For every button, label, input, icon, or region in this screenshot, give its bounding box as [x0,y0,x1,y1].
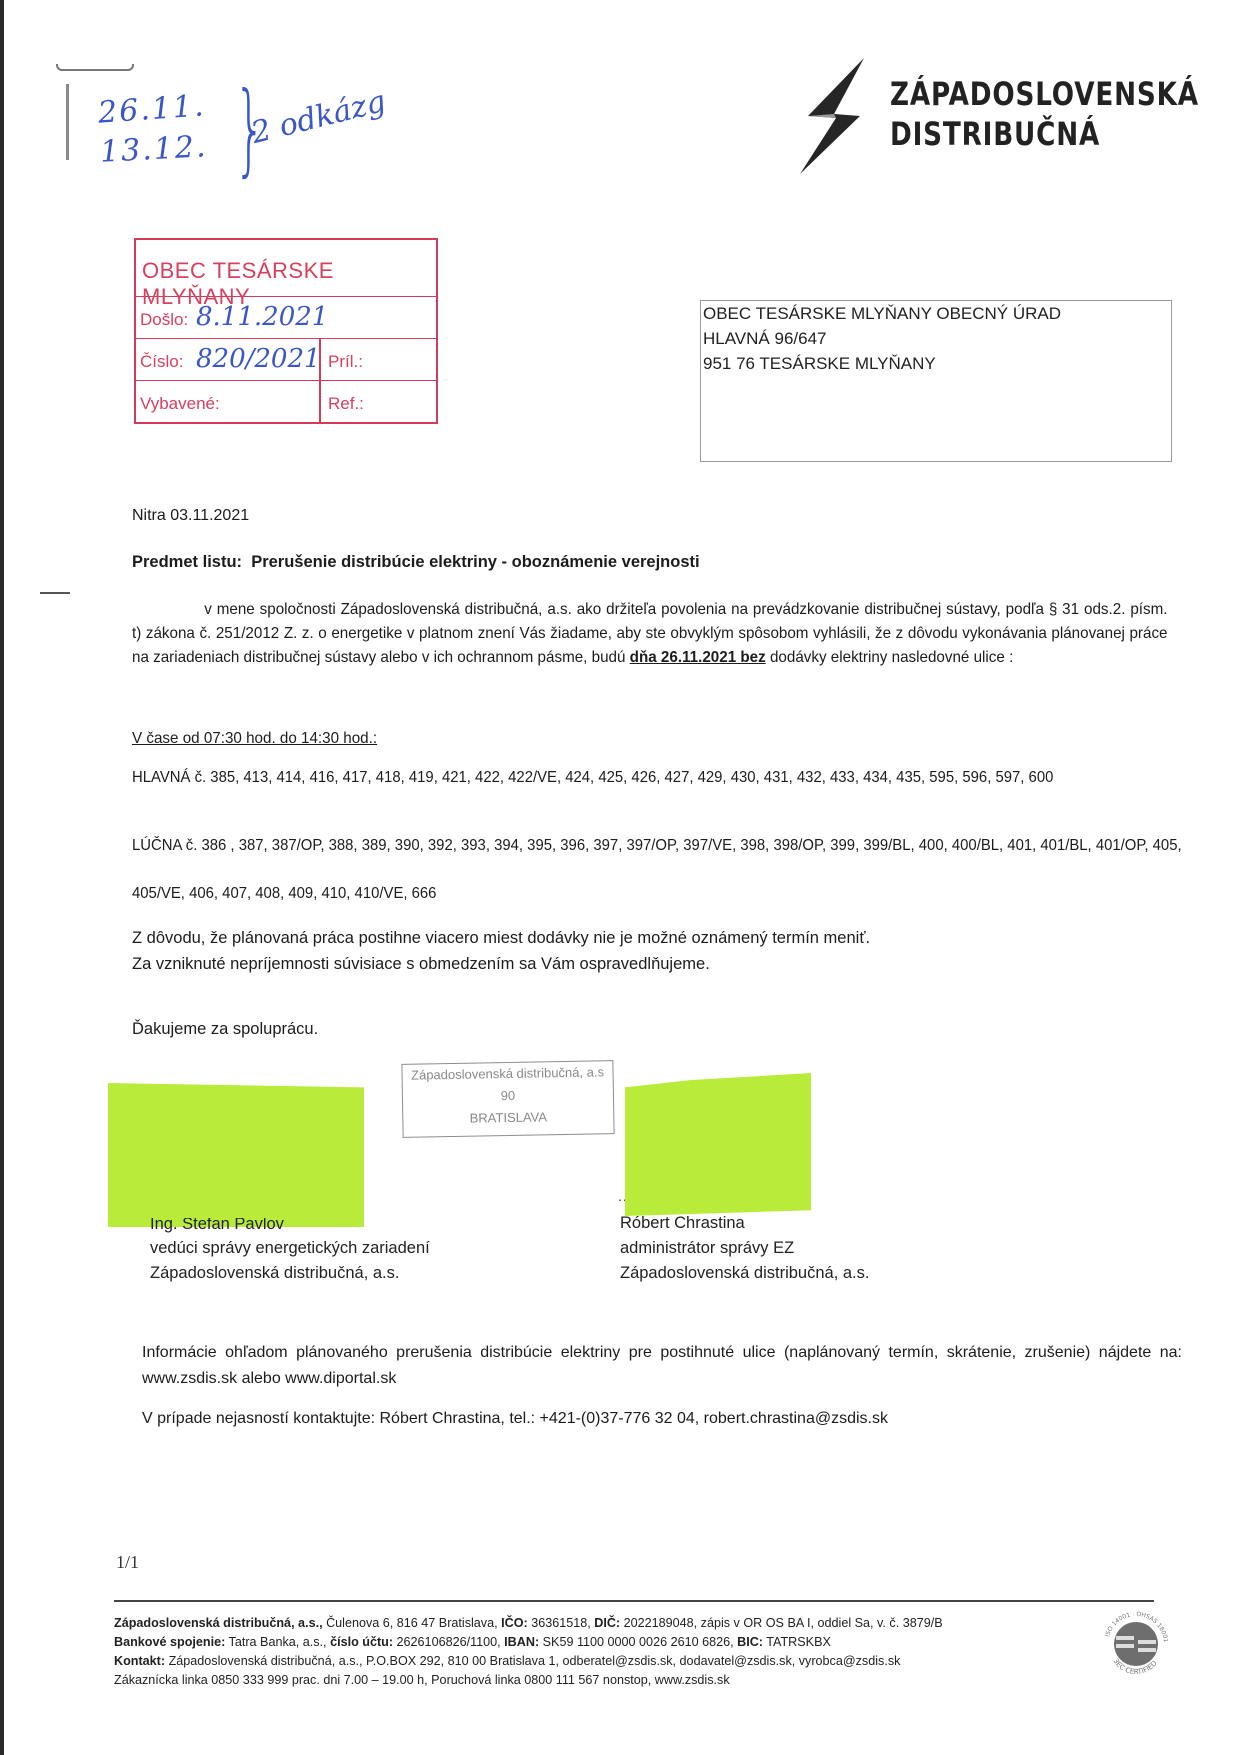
company-stamp-line-3: BRATISLAVA [403,1105,613,1131]
staple-mark [56,64,134,71]
subject-text: Prerušenie distribúcie elektriny - obozn… [251,553,699,571]
recipient-line-3: 951 76 TESÁRSKE MLYŇANY [701,351,1171,376]
subject-line: Predmet listu: Prerušenie distribúcie el… [132,553,700,572]
signatory-1: Ing. Štefan Pavlov vedúci správy energet… [150,1218,430,1286]
closing-line-1: Z dôvodu, že plánovaná práca postihne vi… [132,925,870,951]
footer-line-2: Bankové spojenie: Tatra Banka, a.s., čís… [114,1633,943,1652]
company-stamp-line-1: Západoslovenská distribučná, a.s [402,1061,612,1087]
main-paragraph: v mene spoločnosti Západoslovenská distr… [132,598,1168,670]
signatory-2-name: Róbert Chrastina [620,1211,869,1236]
handwritten-date-1: 26.11. [97,88,207,130]
footer: Západoslovenská distribučná, a.s., Čulen… [114,1614,943,1690]
main-paragraph-end: dodávky elektriny nasledovné ulice : [770,649,1013,666]
stamp-attachments-label: Príl.: [328,352,363,372]
page-number: 1/1 [116,1552,139,1573]
closing-text: Z dôvodu, že plánovaná práca postihne vi… [132,925,870,977]
outage-time-window: V čase od 07:30 hod. do 14:30 hod.: [132,730,377,748]
closing-line-2: Za vzniknuté nepríjemnosti súvisiace s o… [132,951,870,977]
outage-date: dňa 26.11.2021 bez [630,649,766,666]
recipient-line-2: HLAVNÁ 96/647 [701,326,1171,351]
stamp-received-value: 8.11.2021 [196,302,328,332]
thanks-line: Ďakujeme za spoluprácu. [132,1020,318,1039]
certification-badge-icon: ISO 14001 · OHSAS 18001 3EC CERTIFIED [1100,1608,1172,1680]
street-numbers: 385, 413, 414, 416, 417, 418, 419, 421, … [210,769,1053,786]
stamp-number-value: 820/2021 [196,344,321,374]
signatory-1-company: Západoslovenská distribučná, a.s. [150,1261,430,1286]
street-name: LÚČNA č. [132,837,197,854]
stamp-received-label: Došlo: [140,310,188,330]
signatory-2: Róbert Chrastina administrátor správy EZ… [620,1211,869,1286]
company-stamp: Západoslovenská distribučná, a.s 90 BRAT… [401,1060,614,1138]
redaction-sticky-note-left [108,1083,364,1227]
stamp-handled-label: Vybavené: [140,394,220,414]
logo-line-1: ZÁPADOSLOVENSKÁ [890,74,1199,114]
street-list-item: LÚČNA č. 386 , 387, 387/OP, 388, 389, 39… [132,822,1192,918]
registry-stamp: OBEC TESÁRSKE MLYŇANY Došlo: 8.11.2021 Č… [134,238,438,424]
logo-line-2: DISTRIBUČNÁ [890,114,1199,154]
handwritten-date-2: 13.12. [99,129,208,170]
footer-divider [114,1600,1154,1602]
stamp-ref-label: Ref.: [328,394,364,414]
recipient-address-box: OBEC TESÁRSKE MLYŇANY OBECNÝ ÚRAD HLAVNÁ… [700,300,1172,462]
stamp-number-label: Číslo: [140,352,183,372]
street-numbers: 386 , 387, 387/OP, 388, 389, 390, 392, 3… [132,837,1182,902]
signatory-2-role: administrátor správy EZ [620,1236,869,1261]
subject-label: Predmet listu: [132,553,242,571]
signatory-1-name: Ing. Štefan Pavlov [150,1218,430,1236]
place-date: Nitra 03.11.2021 [132,507,249,525]
info-paragraph: Informácie ohľadom plánovaného prerušeni… [142,1340,1182,1392]
contact-line: V prípade nejasností kontaktujte: Róbert… [142,1410,888,1428]
company-logo: ZÁPADOSLOVENSKÁ DISTRIBUČNÁ [800,56,1200,176]
handwritten-note: 2 odkázg [248,84,389,151]
redaction-sticky-note-right [625,1073,811,1216]
footer-line-1: Západoslovenská distribučná, a.s., Čulen… [114,1614,943,1633]
footer-line-3: Kontakt: Západoslovenská distribučná, a.… [114,1652,943,1671]
scan-edge [0,0,4,1755]
street-name: HLAVNÁ č. [132,769,206,786]
recipient-line-1: OBEC TESÁRSKE MLYŇANY OBECNÝ ÚRAD [701,301,1171,326]
street-list-item: HLAVNÁ č. 385, 413, 414, 416, 417, 418, … [132,754,1192,802]
signatory-2-company: Západoslovenská distribučná, a.s. [620,1261,869,1286]
footer-line-4: Zákaznícka linka 0850 333 999 prac. dni … [114,1671,943,1690]
signatory-1-role: vedúci správy energetických zariadení [150,1236,430,1261]
staple-mark-side [66,84,69,160]
lightning-bolt-icon [800,56,880,176]
fold-mark [40,592,70,594]
